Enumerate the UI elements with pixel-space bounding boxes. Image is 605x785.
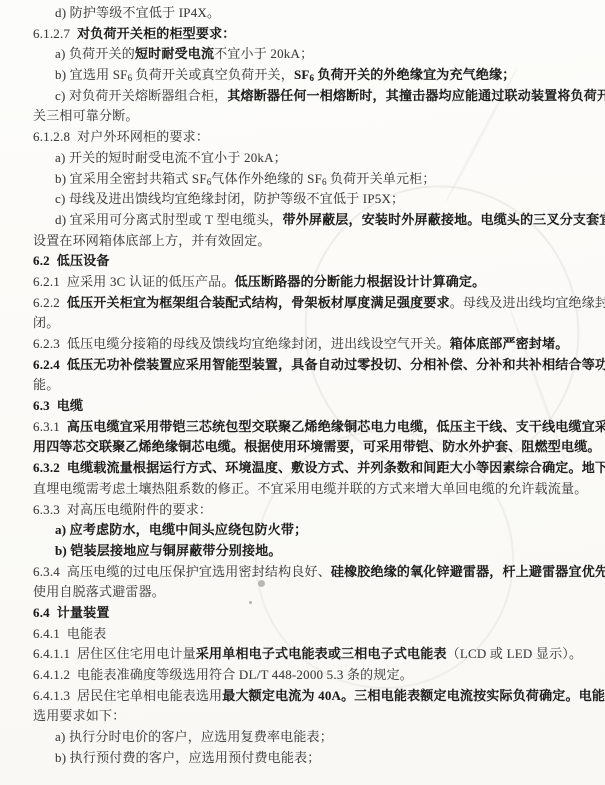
doc-line: d) 宜采用可分离式肘型或 T 型电缆头，带外屏蔽层，安装时外屏蔽接地。电缆头的… <box>33 210 593 231</box>
doc-line: 6.4.1.2 电能表准确度等级选用符合 DL/T 448-2000 5.3 条… <box>33 665 593 686</box>
text-run: （LCD 或 LED 显示）。 <box>447 646 583 661</box>
text-run: 负荷开关的外绝缘宜为充气绝缘； <box>314 67 515 82</box>
doc-line: b) 执行预付费的客户，应选用预付费电能表； <box>33 748 593 769</box>
text-run: d) 防护等级不宜低于 IP4X。 <box>55 5 220 20</box>
text-run: 低压断路器的分断能力根据设计计算确定。 <box>235 274 486 289</box>
text-run: 6.3.1 <box>33 419 67 434</box>
text-run: 关三相可靠分断。 <box>33 108 139 123</box>
text-run: 箱体底部严密封堵。 <box>450 336 569 351</box>
doc-line: 闭。 <box>33 313 593 334</box>
text-run: 6.4 计量装置 <box>33 605 110 620</box>
doc-line: 6.4 计量装置 <box>33 603 593 624</box>
doc-line: b) 宜选用 SF6 负荷开关或真空负荷开关，SF6 负荷开关的外绝缘宜为充气绝… <box>33 65 593 86</box>
doc-line: c) 对负荷开关熔断器组合柜，其熔断器任何一相熔断时，其撞击器均应能通过联动装置… <box>33 86 593 107</box>
doc-line: 选用要求如下： <box>33 706 593 727</box>
doc-line: a) 开关的短时耐受电流不宜小于 20kA； <box>33 148 593 169</box>
doc-line: 直埋电缆需考虑土壤热阻系数的修正。不宜采用电缆并联的方式来增大单回电缆的允许载流… <box>33 479 593 500</box>
doc-line: 6.4.1 电能表 <box>33 624 593 645</box>
text-block: d) 防护等级不宜低于 IP4X。6.1.2.7 对负荷开关柜的柜型要求：a) … <box>33 3 593 768</box>
doc-line: 6.4.1.3 居民住宅单相电能表选用最大额定电流为 40A。三相电能表额定电流… <box>33 686 593 707</box>
doc-line: 6.2.2 低压开关柜宜为框架组合装配式结构，骨架板材厚度满足强度要求。母线及进… <box>33 293 593 314</box>
text-run: a) 负荷开关的 <box>55 46 135 61</box>
doc-line: a) 应考虑防水，电缆中间头应绕包防火带； <box>33 520 593 541</box>
doc-line: 用四等芯交联聚乙烯绝缘铜芯电缆。根据使用环境需要，可采用带铠、防水外护套、阻燃型… <box>33 437 593 458</box>
text-run: c) 母线及进出馈线均宜绝缘封闭，防护等级不宜低于 IP5X； <box>55 191 404 206</box>
doc-line: a) 负荷开关的短时耐受电流不宜小于 20kA； <box>33 44 593 65</box>
text-run: 对负荷开关柜的柜型要求： <box>77 26 235 41</box>
text-run: 其熔断器任何一相熔断时，其撞击器均应能通过联动装置将负荷开 <box>227 88 605 103</box>
text-run: 6.2.4 低压无功补偿装置应采用智能型装置，具备自动过零投切、分相补偿、分补和… <box>33 357 605 372</box>
doc-line: b) 铠装层接地应与铜屏蔽带分别接地。 <box>33 541 593 562</box>
text-run: a) 执行分时电价的客户，应选用复费率电能表； <box>55 729 333 744</box>
doc-line: 关三相可靠分断。 <box>33 106 593 127</box>
text-run: 使用自脱落式避雷器。 <box>33 584 165 599</box>
text-run: 。母线及进出线均宜绝缘封 <box>450 295 605 310</box>
doc-line: 能。 <box>33 375 593 396</box>
doc-line: 6.3.2 电缆载流量根据运行方式、环境温度、敷设方式、并列条数和间距大小等因素… <box>33 458 593 479</box>
doc-line: 6.2 低压设备 <box>33 251 593 272</box>
text-run: 负荷开关或真空负荷开关， <box>132 67 294 82</box>
text-run: b) 宜选用 SF <box>55 67 128 82</box>
text-run: 用四等芯交联聚乙烯绝缘铜芯电缆。根据使用环境需要，可采用带铠、防水外护套、阻燃型… <box>33 439 601 454</box>
text-run: 带外屏蔽层，安装时外屏蔽接地。电缆头的三叉分支套宜 <box>283 212 605 227</box>
doc-line: 设置在环网箱体底部上方，并有效固定。 <box>33 231 593 252</box>
text-run: 6.2.1 应采用 3C 认证的低压产品。 <box>33 274 235 289</box>
text-run: 6.1.2.7 <box>33 26 77 41</box>
text-run: a) 开关的短时耐受电流不宜小于 20kA； <box>55 150 287 165</box>
doc-line: 6.1.2.8 对户外环网柜的要求： <box>33 127 593 148</box>
text-run: d) 宜采用可分离式肘型或 T 型电缆头， <box>55 212 283 227</box>
doc-line: 6.2.1 应采用 3C 认证的低压产品。低压断路器的分断能力根据设计计算确定。 <box>33 272 593 293</box>
text-run: 6.4.1.3 居民住宅单相电能表选用 <box>33 688 222 703</box>
text-run: a) 应考虑防水，电缆中间头应绕包防火带； <box>55 522 307 537</box>
text-run: 能。 <box>33 377 59 392</box>
text-run: 6.3.2 电缆载流量根据运行方式、环境温度、敷设方式、并列条数和间距大小等因素… <box>33 460 605 475</box>
text-run: 短时耐受电流 <box>135 46 214 61</box>
doc-line: b) 宜采用全密封共箱式 SF6气体作外绝缘的 SF6 负荷开关单元柜； <box>33 169 593 190</box>
text-run: 设置在环网箱体底部上方，并有效固定。 <box>33 233 271 248</box>
text-run: 负荷开关单元柜； <box>327 171 436 186</box>
doc-line: 6.1.2.7 对负荷开关柜的柜型要求： <box>33 24 593 45</box>
text-run: 直埋电缆需考虑土壤热阻系数的修正。不宜采用电缆并联的方式来增大单回电缆的允许载流… <box>33 481 587 496</box>
text-run: 6.3.3 对高压电缆附件的要求： <box>33 502 212 517</box>
text-run: SF <box>294 67 310 82</box>
text-run: 不宜小于 20kA； <box>214 46 313 61</box>
doc-line: 6.3.3 对高压电缆附件的要求： <box>33 500 593 521</box>
scanned-document-page: d) 防护等级不宜低于 IP4X。6.1.2.7 对负荷开关柜的柜型要求：a) … <box>0 0 605 785</box>
text-run: 6.2 低压设备 <box>33 253 110 268</box>
text-run: 6.2.3 低压电缆分接箱的母线及馈线均宜绝缘封闭，进出线设空气开关。 <box>33 336 450 351</box>
text-run: 选用要求如下： <box>33 708 125 723</box>
text-run: 6.1.2.8 对户外环网柜的要求： <box>33 129 209 144</box>
text-run: b) 宜采用全密封共箱式 SF <box>55 171 207 186</box>
doc-line: 6.3 电缆 <box>33 396 593 417</box>
text-run: 高压电缆宜采用带铠三芯统包型交联聚乙烯绝缘铜芯电力电缆，低压主干线、支干线电缆宜… <box>67 419 605 434</box>
doc-line: 6.2.4 低压无功补偿装置应采用智能型装置，具备自动过零投切、分相补偿、分补和… <box>33 355 593 376</box>
doc-line: a) 执行分时电价的客户，应选用复费率电能表； <box>33 727 593 748</box>
doc-line: 使用自脱落式避雷器。 <box>33 582 593 603</box>
doc-line: 6.3.1 高压电缆宜采用带铠三芯统包型交联聚乙烯绝缘铜芯电力电缆，低压主干线、… <box>33 417 593 438</box>
text-run: 最大额定电流为 40A。三相电能表额定电流按实际负荷确定。电能表 <box>222 688 605 703</box>
doc-line: d) 防护等级不宜低于 IP4X。 <box>33 3 593 24</box>
doc-line: 6.3.4 高压电缆的过电压保护宜选用密封结构良好、硅橡胶绝缘的氧化锌避雷器，杆… <box>33 562 593 583</box>
text-run: c) 对负荷开关熔断器组合柜， <box>55 88 227 103</box>
text-run: 硅橡胶绝缘的氧化锌避雷器，杆上避雷器宜优先 <box>331 564 605 579</box>
text-run: 采用单相电子式电能表或三相电子式电能表 <box>196 646 447 661</box>
text-run: b) 执行预付费的客户，应选用预付费电能表； <box>55 750 320 765</box>
text-run: 闭。 <box>33 315 59 330</box>
text-run: 6.4.1 电能表 <box>33 626 107 641</box>
text-run: 低压开关柜宜为框架组合装配式结构，骨架板材厚度满足强度要求 <box>67 295 450 310</box>
doc-line: 6.4.1.1 居住区住宅用电计量采用单相电子式电能表或三相电子式电能表（LCD… <box>33 644 593 665</box>
text-run: 6.4.1.1 居住区住宅用电计量 <box>33 646 196 661</box>
doc-line: c) 母线及进出馈线均宜绝缘封闭，防护等级不宜低于 IP5X； <box>33 189 593 210</box>
text-run: 6.3.4 高压电缆的过电压保护宜选用密封结构良好、 <box>33 564 331 579</box>
text-run: b) 铠装层接地应与铜屏蔽带分别接地。 <box>55 543 282 558</box>
text-run: 6.4.1.2 电能表准确度等级选用符合 DL/T 448-2000 5.3 条… <box>33 667 413 682</box>
text-run: 气体作外绝缘的 SF <box>211 171 322 186</box>
text-run: 6.2.2 <box>33 295 67 310</box>
text-run: 6.3 电缆 <box>33 398 83 413</box>
doc-line: 6.2.3 低压电缆分接箱的母线及馈线均宜绝缘封闭，进出线设空气开关。箱体底部严… <box>33 334 593 355</box>
